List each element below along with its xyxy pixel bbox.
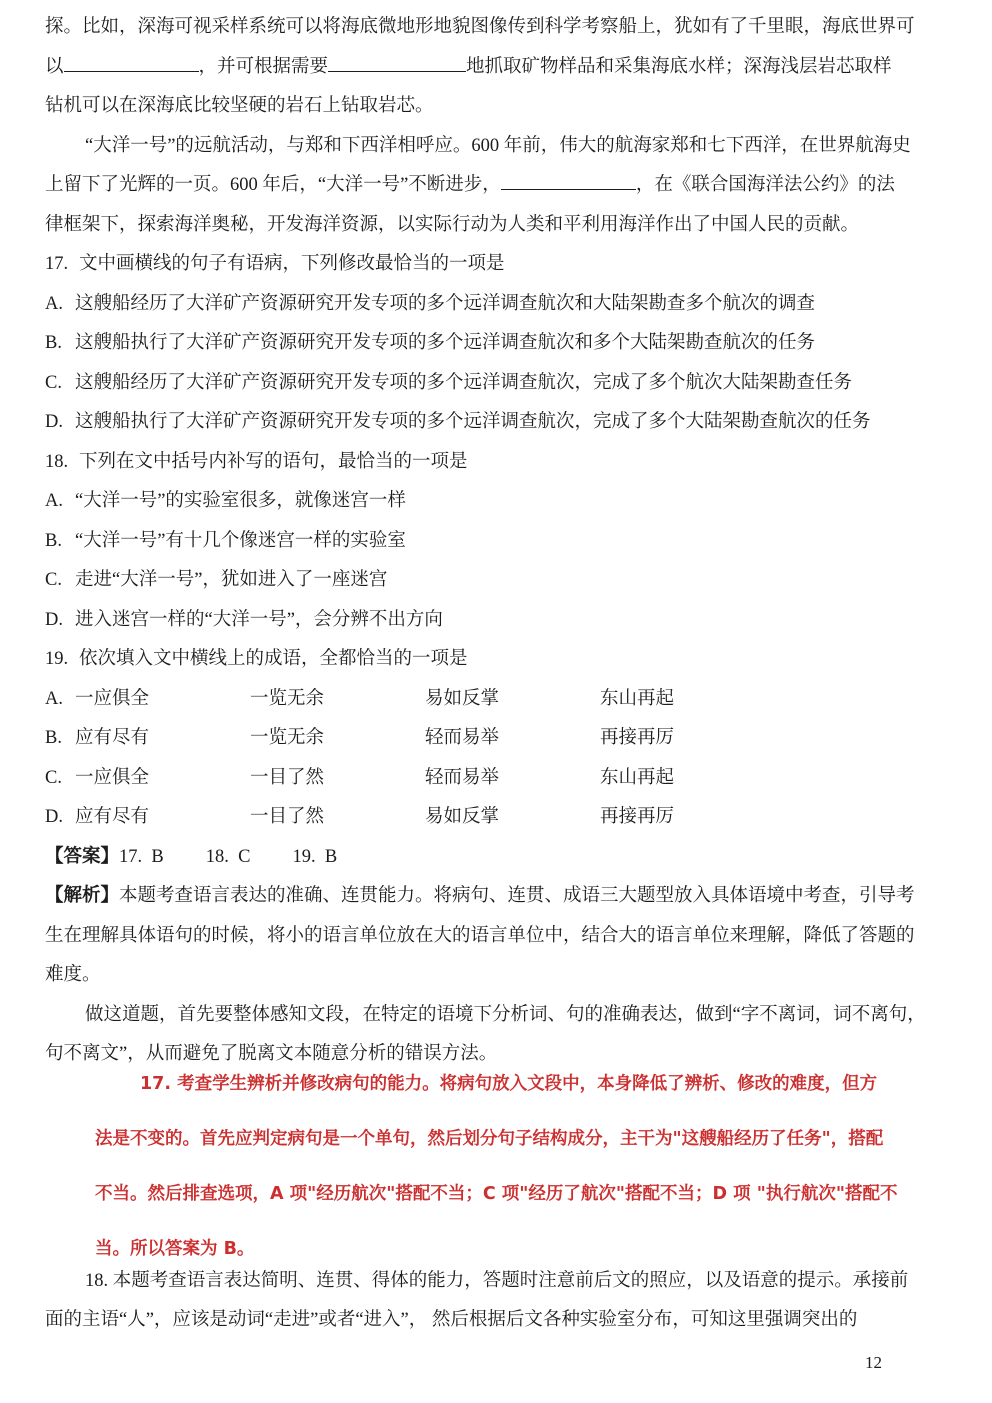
idiom-cell: 一应俱全 [75,759,250,799]
passage-text: 律框架下，探索海洋奥秘，开发海洋资源，以实际行动为人类和平利用海洋作出了中国人民… [45,215,859,235]
idiom-cell: 轻而易举 [425,759,600,799]
question-number: 17. [45,245,79,285]
option-label: B. [45,719,75,759]
option-text: 进入迷宫一样的“大洋一号”，会分辨不出方向 [75,610,443,630]
option-label: B. [45,324,75,364]
option-label: D. [45,798,75,838]
option-text: 这艘船经历了大洋矿产资源研究开发专项的多个远洋调查航次，完成了多个航次大陆架勘查… [75,373,852,393]
question-text: 下列在文中括号内补写的语句，最恰当的一项是 [79,452,468,472]
analysis-line: 难度。 [45,956,947,996]
passage-text: 钻机可以在深海底比较坚硬的岩石上钻取岩芯。 [45,96,434,116]
explanation-text: 18. 本题考查语言表达简明、连贯、得体的能力，答题时注意前后文的照应，以及语意… [85,1271,908,1291]
passage-text: “大洋一号”的远航活动，与郑和下西洋相呼应。600 年前，伟大的航海家郑和七下西… [85,136,911,156]
page-number: 12 [865,1353,882,1372]
red-annotation-block: 17. 考查学生辨析并修改病句的能力。将病句放入文段中，本身降低了辨析、修改的难… [95,1057,947,1277]
passage-line: “大洋一号”的远航活动，与郑和下西洋相呼应。600 年前，伟大的航海家郑和七下西… [45,127,947,167]
red-note-text: 不当。然后排查选项，A 项"经历航次"搭配不当；C 项"经历了航次"搭配不当；D… [95,1184,898,1204]
idiom-cell: 东山再起 [600,680,775,720]
idiom-cell: 一应俱全 [75,680,250,720]
idiom-cell: 再接再厉 [600,719,775,759]
option-label: C. [45,759,75,799]
question-number: 18. [45,443,79,483]
passage-text: ，在《联合国海洋法公约》的法 [636,175,895,195]
question-17-stem: 17.文中画横线的句子有语病，下列修改最恰当的一项是 [45,245,947,285]
document-page: 探。比如，深海可视采样系统可以将海底微地形地貌图像传到科学考察船上，犹如有了千里… [0,0,992,1403]
option-label: C. [45,364,75,404]
red-note-text: 当。所以答案为 B。 [95,1239,254,1259]
idiom-cell: 一览无余 [250,680,425,720]
question-text: 文中画横线的句子有语病，下列修改最恰当的一项是 [79,254,505,274]
explanation-line: 面的主语“人”，应该是动词“走进”或者“进入”， 然后根据后文各种实验室分布，可… [45,1301,947,1341]
blank-underline [328,52,466,72]
question-19-option-a: A.一应俱全一览无余易如反掌东山再起 [45,680,947,720]
option-text: “大洋一号”有十几个像迷宫一样的实验室 [75,531,406,551]
question-18-stem: 18.下列在文中括号内补写的语句，最恰当的一项是 [45,443,947,483]
question-19-option-b: B.应有尽有一览无余轻而易举再接再厉 [45,719,947,759]
answer-item: 19. B [292,847,337,867]
explanation-text: 面的主语“人”，应该是动词“走进”或者“进入”， 然后根据后文各种实验室分布，可… [45,1310,857,1330]
option-label: B. [45,522,75,562]
red-note-line: 不当。然后排查选项，A 项"经历航次"搭配不当；C 项"经历了航次"搭配不当；D… [95,1167,947,1222]
answer-item: 17. B [119,847,164,867]
option-label: A. [45,482,75,522]
analysis-text: 生在理解具体语句的时候，将小的语言单位放在大的语言单位中，结合大的语言单位来理解… [45,926,915,946]
option-label: C. [45,561,75,601]
idiom-cell: 再接再厉 [600,798,775,838]
question-18-option-a: A.“大洋一号”的实验室很多，就像迷宫一样 [45,482,947,522]
option-text: “大洋一号”的实验室很多，就像迷宫一样 [75,491,406,511]
idiom-cell: 易如反掌 [425,680,600,720]
answer-line: 【答案】17. B18. C19. B [45,838,947,878]
analysis-text: 做这道题，首先要整体感知文段，在特定的语境下分析词、句的准确表达，做到“字不离词… [85,1005,926,1025]
idiom-cell: 一目了然 [250,759,425,799]
analysis-line: 做这道题，首先要整体感知文段，在特定的语境下分析词、句的准确表达，做到“字不离词… [45,996,947,1036]
passage-text: 以 [45,57,64,77]
option-text: 这艘船执行了大洋矿产资源研究开发专项的多个远洋调查航次，完成了多个大陆架勘查航次… [75,412,871,432]
passage-text: 上留下了光辉的一页。600 年后，“大洋一号”不断进步， [45,175,501,195]
red-note-line: 法是不变的。首先应判定病句是一个单句，然后划分句子结构成分，主干为"这艘船经历了… [95,1112,947,1167]
question-18-option-c: C.走进“大洋一号”，犹如进入了一座迷宫 [45,561,947,601]
option-label: D. [45,403,75,443]
analysis-line: 【解析】本题考查语言表达的准确、连贯能力。将病句、连贯、成语三大题型放入具体语境… [45,877,947,917]
question-17-option-d: D.这艘船执行了大洋矿产资源研究开发专项的多个远洋调查航次，完成了多个大陆架勘查… [45,403,947,443]
red-note-text: 17. 考查学生辨析并修改病句的能力。将病句放入文段中，本身降低了辨析、修改的难… [140,1074,877,1094]
idiom-cell: 轻而易举 [425,719,600,759]
passage-line: 上留下了光辉的一页。600 年后，“大洋一号”不断进步，，在《联合国海洋法公约》… [45,166,947,206]
question-text: 依次填入文中横线上的成语，全都恰当的一项是 [79,649,468,669]
idiom-cell: 一目了然 [250,798,425,838]
blank-underline [501,171,636,191]
passage-text: 地抓取矿物样品和采集海底水样；深海浅层岩芯取样 [466,57,892,77]
option-label: A. [45,680,75,720]
question-17-option-b: B.这艘船执行了大洋矿产资源研究开发专项的多个远洋调查航次和多个大陆架勘查航次的… [45,324,947,364]
idiom-cell: 易如反掌 [425,798,600,838]
analysis-text: 本题考查语言表达的准确、连贯能力。将病句、连贯、成语三大题型放入具体语境中考查，… [119,886,915,906]
blank-underline [64,52,199,72]
idiom-cell: 东山再起 [600,759,775,799]
passage-line: 以，并可根据需要地抓取矿物样品和采集海底水样；深海浅层岩芯取样 [45,48,947,88]
analysis-line: 生在理解具体语句的时候，将小的语言单位放在大的语言单位中，结合大的语言单位来理解… [45,917,947,957]
question-19-stem: 19.依次填入文中横线上的成语，全都恰当的一项是 [45,640,947,680]
passage-line: 探。比如，深海可视采样系统可以将海底微地形地貌图像传到科学考察船上，犹如有了千里… [45,8,947,48]
question-17-option-c: C.这艘船经历了大洋矿产资源研究开发专项的多个远洋调查航次，完成了多个航次大陆架… [45,364,947,404]
red-note-text: 法是不变的。首先应判定病句是一个单句，然后划分句子结构成分，主干为"这艘船经历了… [95,1129,883,1149]
explanation-line: 18. 本题考查语言表达简明、连贯、得体的能力，答题时注意前后文的照应，以及语意… [45,1262,947,1302]
passage-text: ，并可根据需要 [199,57,329,77]
answer-item: 18. C [206,847,251,867]
question-18-option-d: D.进入迷宫一样的“大洋一号”，会分辨不出方向 [45,601,947,641]
analysis-text: 难度。 [45,965,101,985]
option-text: 这艘船执行了大洋矿产资源研究开发专项的多个远洋调查航次和多个大陆架勘查航次的任务 [75,333,815,353]
analysis-tag: 【解析】 [45,886,119,906]
explanation-18-block: 18. 本题考查语言表达简明、连贯、得体的能力，答题时注意前后文的照应，以及语意… [45,1262,947,1341]
question-17-option-a: A.这艘船经历了大洋矿产资源研究开发专项的多个远洋调查航次和大陆架勘查多个航次的… [45,285,947,325]
idiom-cell: 一览无余 [250,719,425,759]
question-18-option-b: B.“大洋一号”有十几个像迷宫一样的实验室 [45,522,947,562]
passage-line: 钻机可以在深海底比较坚硬的岩石上钻取岩芯。 [45,87,947,127]
question-number: 19. [45,640,79,680]
idiom-cell: 应有尽有 [75,798,250,838]
passage-line: 律框架下，探索海洋奥秘，开发海洋资源，以实际行动为人类和平利用海洋作出了中国人民… [45,206,947,246]
passage-text: 探。比如，深海可视采样系统可以将海底微地形地貌图像传到科学考察船上，犹如有了千里… [45,17,915,37]
answer-tag: 【答案】 [45,847,119,867]
option-text: 这艘船经历了大洋矿产资源研究开发专项的多个远洋调查航次和大陆架勘查多个航次的调查 [75,294,815,314]
idiom-cell: 应有尽有 [75,719,250,759]
option-label: A. [45,285,75,325]
page-number-row: 12 [45,1349,947,1377]
red-note-line: 17. 考查学生辨析并修改病句的能力。将病句放入文段中，本身降低了辨析、修改的难… [95,1057,947,1112]
question-19-option-d: D.应有尽有一目了然易如反掌再接再厉 [45,798,947,838]
option-label: D. [45,601,75,641]
option-text: 走进“大洋一号”，犹如进入了一座迷宫 [75,570,387,590]
question-19-option-c: C.一应俱全一目了然轻而易举东山再起 [45,759,947,799]
